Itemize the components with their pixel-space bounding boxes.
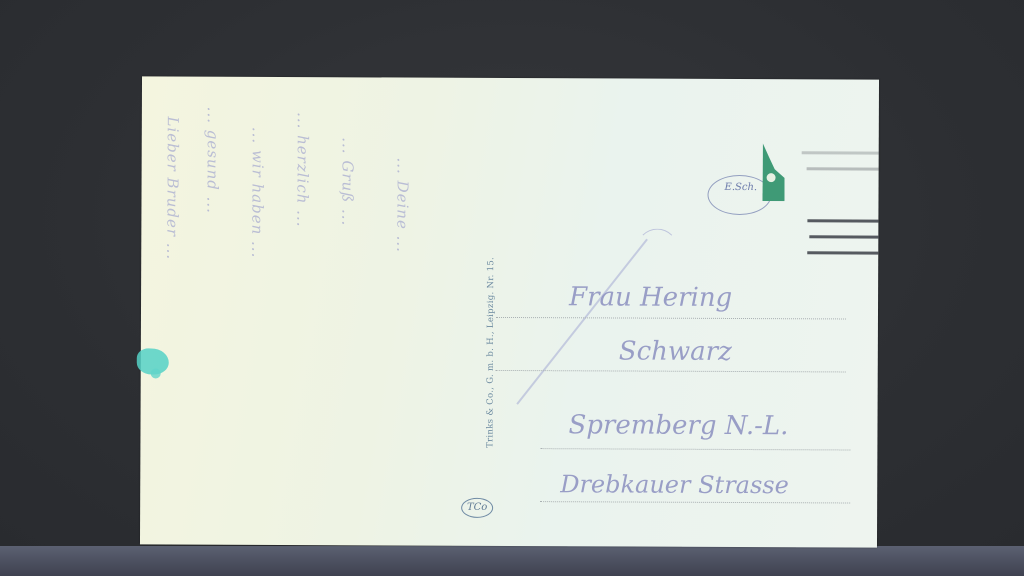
postcard-back: Lieber Bruder ... ... gesund ... ... wir… [140, 76, 879, 547]
address-dotted-line [540, 501, 850, 503]
shelf-ledge [0, 546, 1024, 576]
stamp-emblem-icon [767, 173, 776, 182]
address-street: Drebkauer Strasse [560, 470, 789, 499]
postage-stamp [762, 143, 784, 201]
message-column: ... Gruß ... [338, 137, 356, 226]
cancellation-bar [807, 251, 878, 254]
publisher-imprint: Trinks & Co., G. m. b. H., Leipzig. Nr. … [485, 257, 496, 448]
postmark-oval [707, 175, 771, 215]
address-dotted-line [496, 317, 846, 320]
cancellation-bar [807, 167, 879, 170]
publisher-trademark: TCo [461, 498, 493, 518]
pen-flourish [516, 239, 648, 405]
address-dotted-line [540, 448, 850, 450]
address-dotted-line [496, 370, 846, 373]
ink-blot-drip [151, 368, 161, 378]
address-line-2: Schwarz [619, 336, 732, 366]
pen-flourish [636, 229, 678, 271]
postmark-text: E.Sch. [725, 182, 758, 193]
address-city: Spremberg N.-L. [568, 410, 788, 441]
cancellation-bar [802, 151, 879, 154]
message-column: ... herzlich ... [293, 112, 312, 227]
message-column: ... wir haben ... [248, 127, 267, 259]
cancellation-bar [809, 235, 878, 238]
message-column: ... Deine ... [393, 157, 411, 252]
address-recipient: Frau Hering [569, 282, 732, 313]
message-column: Lieber Bruder ... [163, 116, 182, 260]
cancellation-bar [807, 219, 878, 222]
message-column: ... gesund ... [203, 107, 221, 214]
